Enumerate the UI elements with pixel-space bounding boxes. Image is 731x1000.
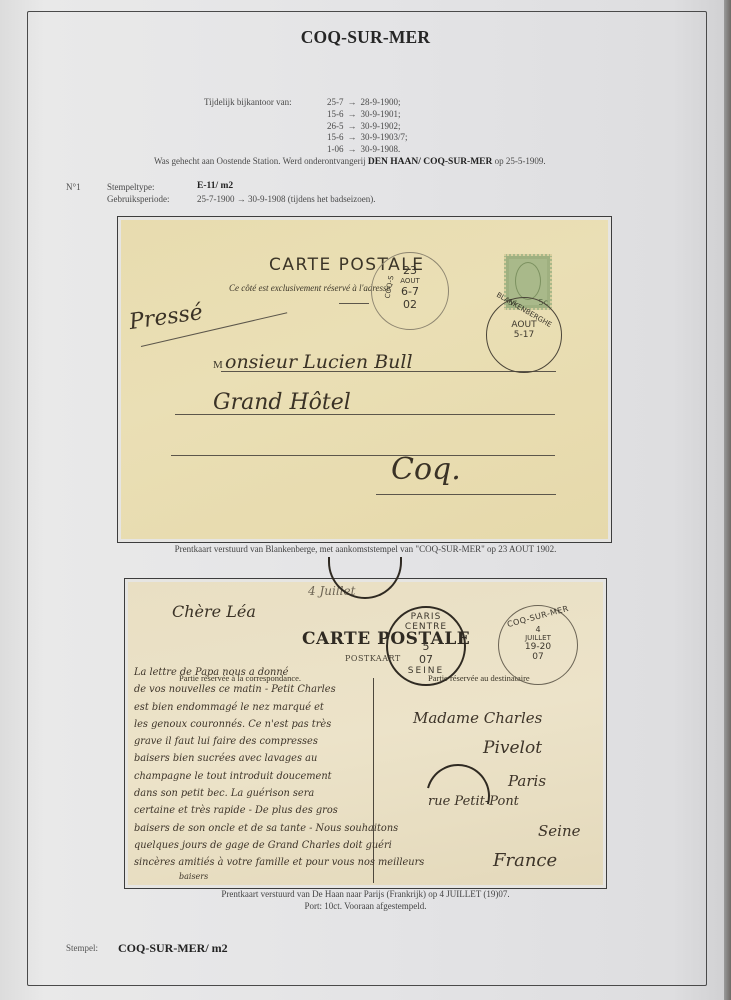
album-edge: [724, 0, 731, 1000]
attachment-note: Was gehecht aan Oostende Station. Werd o…: [154, 156, 546, 167]
period-list: 25-7→28-9-1900; 15-6→30-9-1901; 26-5→30-…: [327, 97, 408, 156]
postcard-2: 4 Juillet Chère Léa CARTE POSTALE POSTKA…: [128, 582, 603, 885]
postcard-2-caption-line-1: Prentkaart verstuurd van De Haan naar Pa…: [0, 889, 731, 899]
stamp-type-value: E-11/ m2: [197, 181, 233, 191]
address-line: Madame Charles: [413, 709, 542, 727]
address-line: Paris: [508, 772, 546, 790]
period-item: 15-6→30-9-1901;: [327, 109, 408, 121]
period-item: 26-5→30-9-1902;: [327, 121, 408, 133]
period-item: 25-7→28-9-1900;: [327, 97, 408, 109]
footer-stamp-name: COQ-SUR-MER/ m2: [118, 941, 228, 956]
address-line-2: Grand Hôtel: [213, 390, 351, 415]
postcard-1-caption: Prentkaart verstuurd van Blankenberge, m…: [0, 544, 731, 554]
handwriting-corner: Pressé: [128, 300, 205, 335]
branch-office-label: Tijdelijk bijkantoor van:: [204, 97, 292, 107]
address-line: France: [493, 850, 557, 871]
message-text: La lettre de Papa nous a donné de vos no…: [134, 664, 424, 881]
footer-label: Stempel:: [66, 943, 98, 953]
arrival-postmark: COQ-S 23 AOUT 6-7 02: [371, 252, 449, 330]
paris-postmark: PARIS CENTRE 5 07 SEINE: [386, 606, 466, 686]
coq-sur-mer-postmark: COQ-SUR-MER 4 JUILLET 19-20 07: [498, 605, 578, 685]
greeting: Chère Léa: [172, 602, 256, 621]
postcard-1-photo: CARTE POSTALE Ce côté est exclusivement …: [117, 216, 612, 543]
period-item: 1-06→30-9-1908.: [327, 144, 408, 156]
usage-period-label: Gebruiksperiode:: [107, 194, 169, 204]
stamp-type-label: Stempeltype:: [107, 182, 155, 192]
address-prefix: M: [213, 359, 223, 371]
coat-of-arms-icon: [515, 262, 541, 300]
usage-period-value: 25-7-1900 → 30-9-1908 (tijdens het badse…: [197, 194, 375, 204]
address-line: Pivelot: [483, 738, 542, 758]
departure-postmark: BLANKENBERGHE AOUT 5-17: [486, 297, 562, 373]
address-line-3: Coq.: [391, 452, 461, 487]
entry-number: N°1: [66, 182, 81, 192]
postcard-2-photo: 4 Juillet Chère Léa CARTE POSTALE POSTKA…: [124, 578, 607, 889]
postcard-1-subheading: Ce côté est exclusivement réservé à l'ad…: [229, 283, 391, 293]
address-line: Seine: [538, 822, 581, 840]
page-title: COQ-SUR-MER: [0, 27, 731, 48]
postcard-2-caption-line-2: Port: 10ct. Vooraan afgestempeld.: [0, 901, 731, 911]
postcard-1: CARTE POSTALE Ce côté est exclusivement …: [121, 220, 608, 539]
period-item: 15-6→30-9-1903/7;: [327, 132, 408, 144]
address-line-1: onsieur Lucien Bull: [225, 351, 413, 373]
partial-postmark-middle: [414, 752, 501, 839]
